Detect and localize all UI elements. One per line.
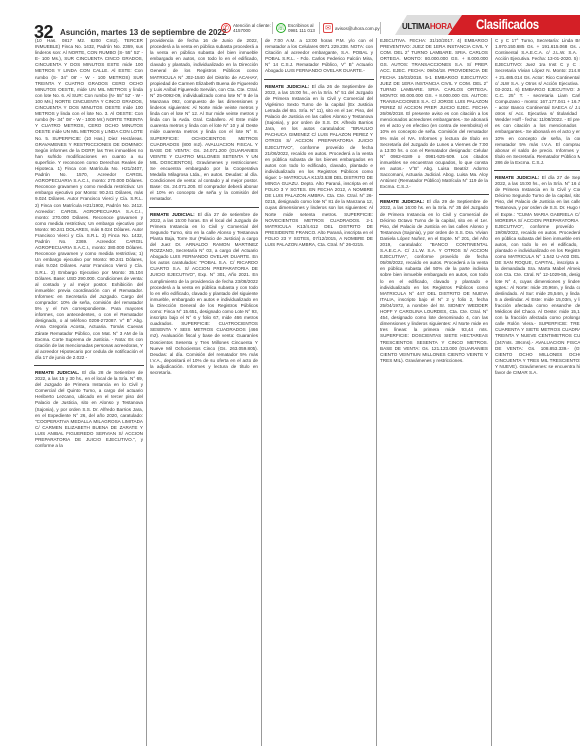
column-1: (10 Has. 0817 M2. 8200 Cm2). TERCER INMU… [34, 38, 144, 756]
notice-remate-judicial: REMATE JUDICIAL: El día 27 de setiembre … [149, 212, 259, 377]
notice-divider [379, 191, 489, 195]
notice-remate-judicial: REMATE JUDICIAL: El día 29 de Septiembre… [379, 199, 489, 364]
whatsapp-icon: ☏ [276, 23, 286, 33]
notice-continued: providencia de fecha 16 de Junio de 2022… [149, 38, 259, 203]
notice-continued: C y C 17° Turno, Secretaría: Linda Brun.… [494, 38, 580, 166]
column-rule [261, 38, 262, 746]
notice-remate-judicial: REMATE JUDICIAL. El día 28 de Setiembre … [34, 370, 144, 449]
contact-separator [272, 22, 273, 34]
classifieds-columns: (10 Has. 0817 M2. 8200 Cm2). TERCER INMU… [34, 38, 580, 756]
notice-lead: REMATE JUDICIAL. [35, 370, 79, 375]
column-5: C y C 17° Turno, Secretaría: Linda Brun.… [494, 38, 580, 756]
notice-divider [494, 167, 580, 171]
section-title: Clasificados [476, 16, 539, 32]
notice-lead: REMATE JUDICIAL: [495, 175, 539, 180]
notice-divider [149, 204, 259, 208]
notice-lead: REMATE JUDICIAL: [150, 212, 195, 217]
notice-lead: REMATE JUDICIAL: [380, 199, 424, 204]
notice-remate-judicial: REMATE JUDICIAL: El día 27 de Septiembre… [494, 175, 580, 376]
column-rule [491, 38, 492, 746]
column-4: EJECUTIVA. FECHA: 31/10/2017. 4) EMBARGO… [379, 38, 489, 756]
column-rule [376, 38, 377, 746]
brand-logo: ULTIMAHORA [402, 22, 452, 31]
contact-whatsapp[interactable]: ☏ Escribinos al0981 111 013 [276, 23, 315, 33]
notice-divider [34, 362, 144, 366]
publication-date: Asunción, martes 13 de septiembre de 202… [60, 28, 226, 37]
phone-icon: ✆ [221, 23, 231, 33]
mail-icon: ✉ [323, 23, 333, 33]
column-rule [146, 38, 147, 746]
column-2: providencia de fecha 16 de Junio de 2022… [149, 38, 259, 756]
contact-email-value: avisos@uhora.com.py [335, 26, 380, 31]
column-3: de 7:00 A.M. a 13:00 horas P.M. y/o con … [264, 38, 374, 756]
contact-separator [380, 22, 381, 34]
notice-continued: (10 Has. 0817 M2. 8200 Cm2). TERCER INMU… [34, 38, 144, 361]
notice-continued: EJECUTIVA. FECHA: 31/10/2017. 4) EMBARGO… [379, 38, 489, 190]
notice-lead: REMATE JUDICIAL: [265, 84, 309, 89]
contact-whatsapp-value: 0981 111 013 [288, 28, 315, 33]
notice-continued: de 7:00 A.M. a 13:00 horas P.M. y/o con … [264, 38, 374, 75]
contact-email[interactable]: ✉ avisos@uhora.com.py [323, 23, 380, 33]
notice-remate-judicial: REMATE JUDICIAL: El día 26 de Septiembre… [264, 84, 374, 249]
contact-phone[interactable]: ✆ Atención al cliente:4157000 [221, 23, 271, 33]
contact-separator [319, 22, 320, 34]
contact-phone-value: 4157000 [233, 28, 251, 33]
notice-divider [264, 76, 374, 80]
page-header: 32 Asunción, martes 13 de septiembre de … [0, 0, 580, 34]
